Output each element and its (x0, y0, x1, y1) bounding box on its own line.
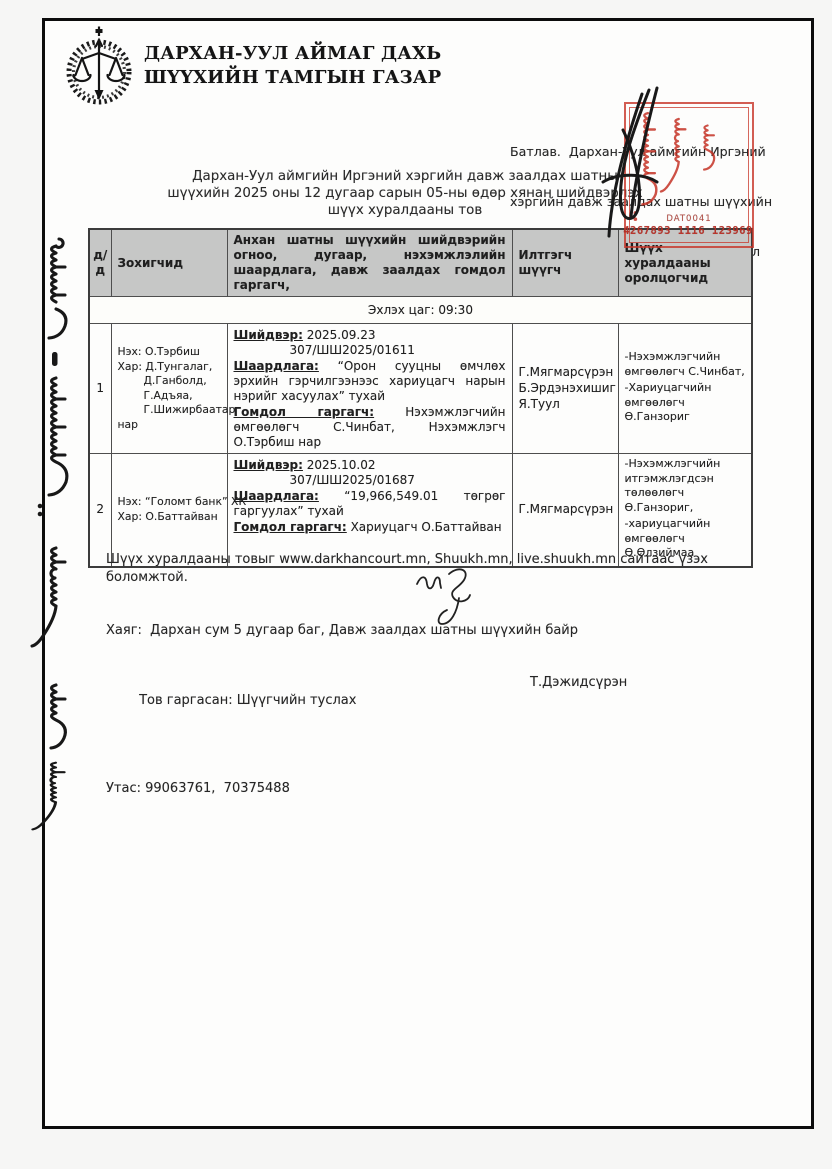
mongolian-vertical-script (28, 232, 78, 834)
complaint-label: Гомдол гаргагч: (234, 405, 375, 419)
start-time-row: Эхлэх цаг: 09:30 (89, 297, 752, 324)
header-case-details: Анхан шатны шүүхийн шийдвэрийн огноо, ду… (227, 229, 512, 297)
judge-name: Я.Туул (519, 397, 612, 412)
case-details: Шийдвэр: 2025.09.23 307/ШШ2025/01611 Шаа… (227, 324, 512, 454)
footer-issued-name: Т.Дэжидсүрэн (530, 674, 627, 692)
decision-number: 307/ШШ2025/01611 (234, 343, 506, 358)
party-line: Г.Шижирбаатар (118, 403, 221, 418)
letterhead: ДАРХАН-УУЛ АЙМАГ ДАХЬ ШҮҮХИЙН ТАМГЫН ГАЗ… (144, 42, 441, 90)
party-line: нар (118, 418, 221, 433)
start-time: Эхлэх цаг: 09:30 (89, 297, 752, 324)
party-line: Хар: Д.Тунгалаг, (118, 360, 221, 375)
claim-label: Шаардлага: (234, 489, 319, 503)
decision-date: 2025.09.23 (307, 328, 376, 342)
header-parties: Зохигчид (111, 229, 227, 297)
court-emblem-logo (58, 26, 140, 110)
case-parties: Нэх: О.Тэрбиш Хар: Д.Тунгалаг, Д.Ганболд… (111, 324, 227, 454)
footer-issued-by: Тов гаргасан: Шүүгчийн туслах (139, 693, 356, 708)
chief-judge-signature (585, 84, 673, 244)
case-participants: -Нэхэмжлэгчийн өмгөөлөгч С.Чинбат, -Хари… (618, 324, 752, 454)
decision-date: 2025.10.02 (307, 458, 376, 472)
judge-name: Г.Мягмарсүрэн (519, 502, 612, 517)
party-line: Д.Ганболд, (118, 374, 221, 389)
case-judges: Г.Мягмарсүрэн Б.Эрдэнэхишиг Я.Туул (512, 324, 618, 454)
letterhead-line1: ДАРХАН-УУЛ АЙМАГ ДАХЬ (144, 42, 441, 66)
party-line: Г.Адъяа, (118, 389, 221, 404)
claim-label: Шаардлага: (234, 359, 319, 373)
clerk-signature (413, 560, 477, 626)
participant-line: -Хариуцагчийн өмгөөлөгч Ө.Ганзориг (625, 381, 746, 425)
judge-name: Г.Мягмарсүрэн (519, 365, 612, 380)
header-number: д/д (89, 229, 111, 297)
document-frame: ДАРХАН-УУЛ АЙМАГ ДАХЬ ШҮҮХИЙН ТАМГЫН ГАЗ… (42, 18, 814, 1129)
case-number: 1 (89, 324, 111, 454)
scanned-document-page: ДАРХАН-УУЛ АЙМАГ ДАХЬ ШҮҮХИЙН ТАМГЫН ГАЗ… (0, 0, 832, 1169)
footer-phone: Утас: 99063761, 70375488 (106, 780, 761, 798)
participant-line: -Нэхэмжлэгчийн өмгөөлөгч С.Чинбат, (625, 350, 746, 379)
decision-label: Шийдвэр: (234, 328, 303, 342)
party-line: Нэх: О.Тэрбиш (118, 345, 221, 360)
case-row-1: 1 Нэх: О.Тэрбиш Хар: Д.Тунгалаг, Д.Ганбо… (89, 324, 752, 454)
letterhead-line2: ШҮҮХИЙН ТАМГЫН ГАЗАР (144, 66, 441, 90)
decision-label: Шийдвэр: (234, 458, 303, 472)
party-line: Нэх: “Голомт банк” ХК (118, 495, 221, 510)
judge-name: Б.Эрдэнэхишиг (519, 381, 612, 396)
decision-number: 307/ШШ2025/01687 (234, 473, 506, 488)
participant-line: -Нэхэмжлэгчийн итгэмжлэгдсэн төлөөлөгч Ө… (625, 457, 746, 515)
